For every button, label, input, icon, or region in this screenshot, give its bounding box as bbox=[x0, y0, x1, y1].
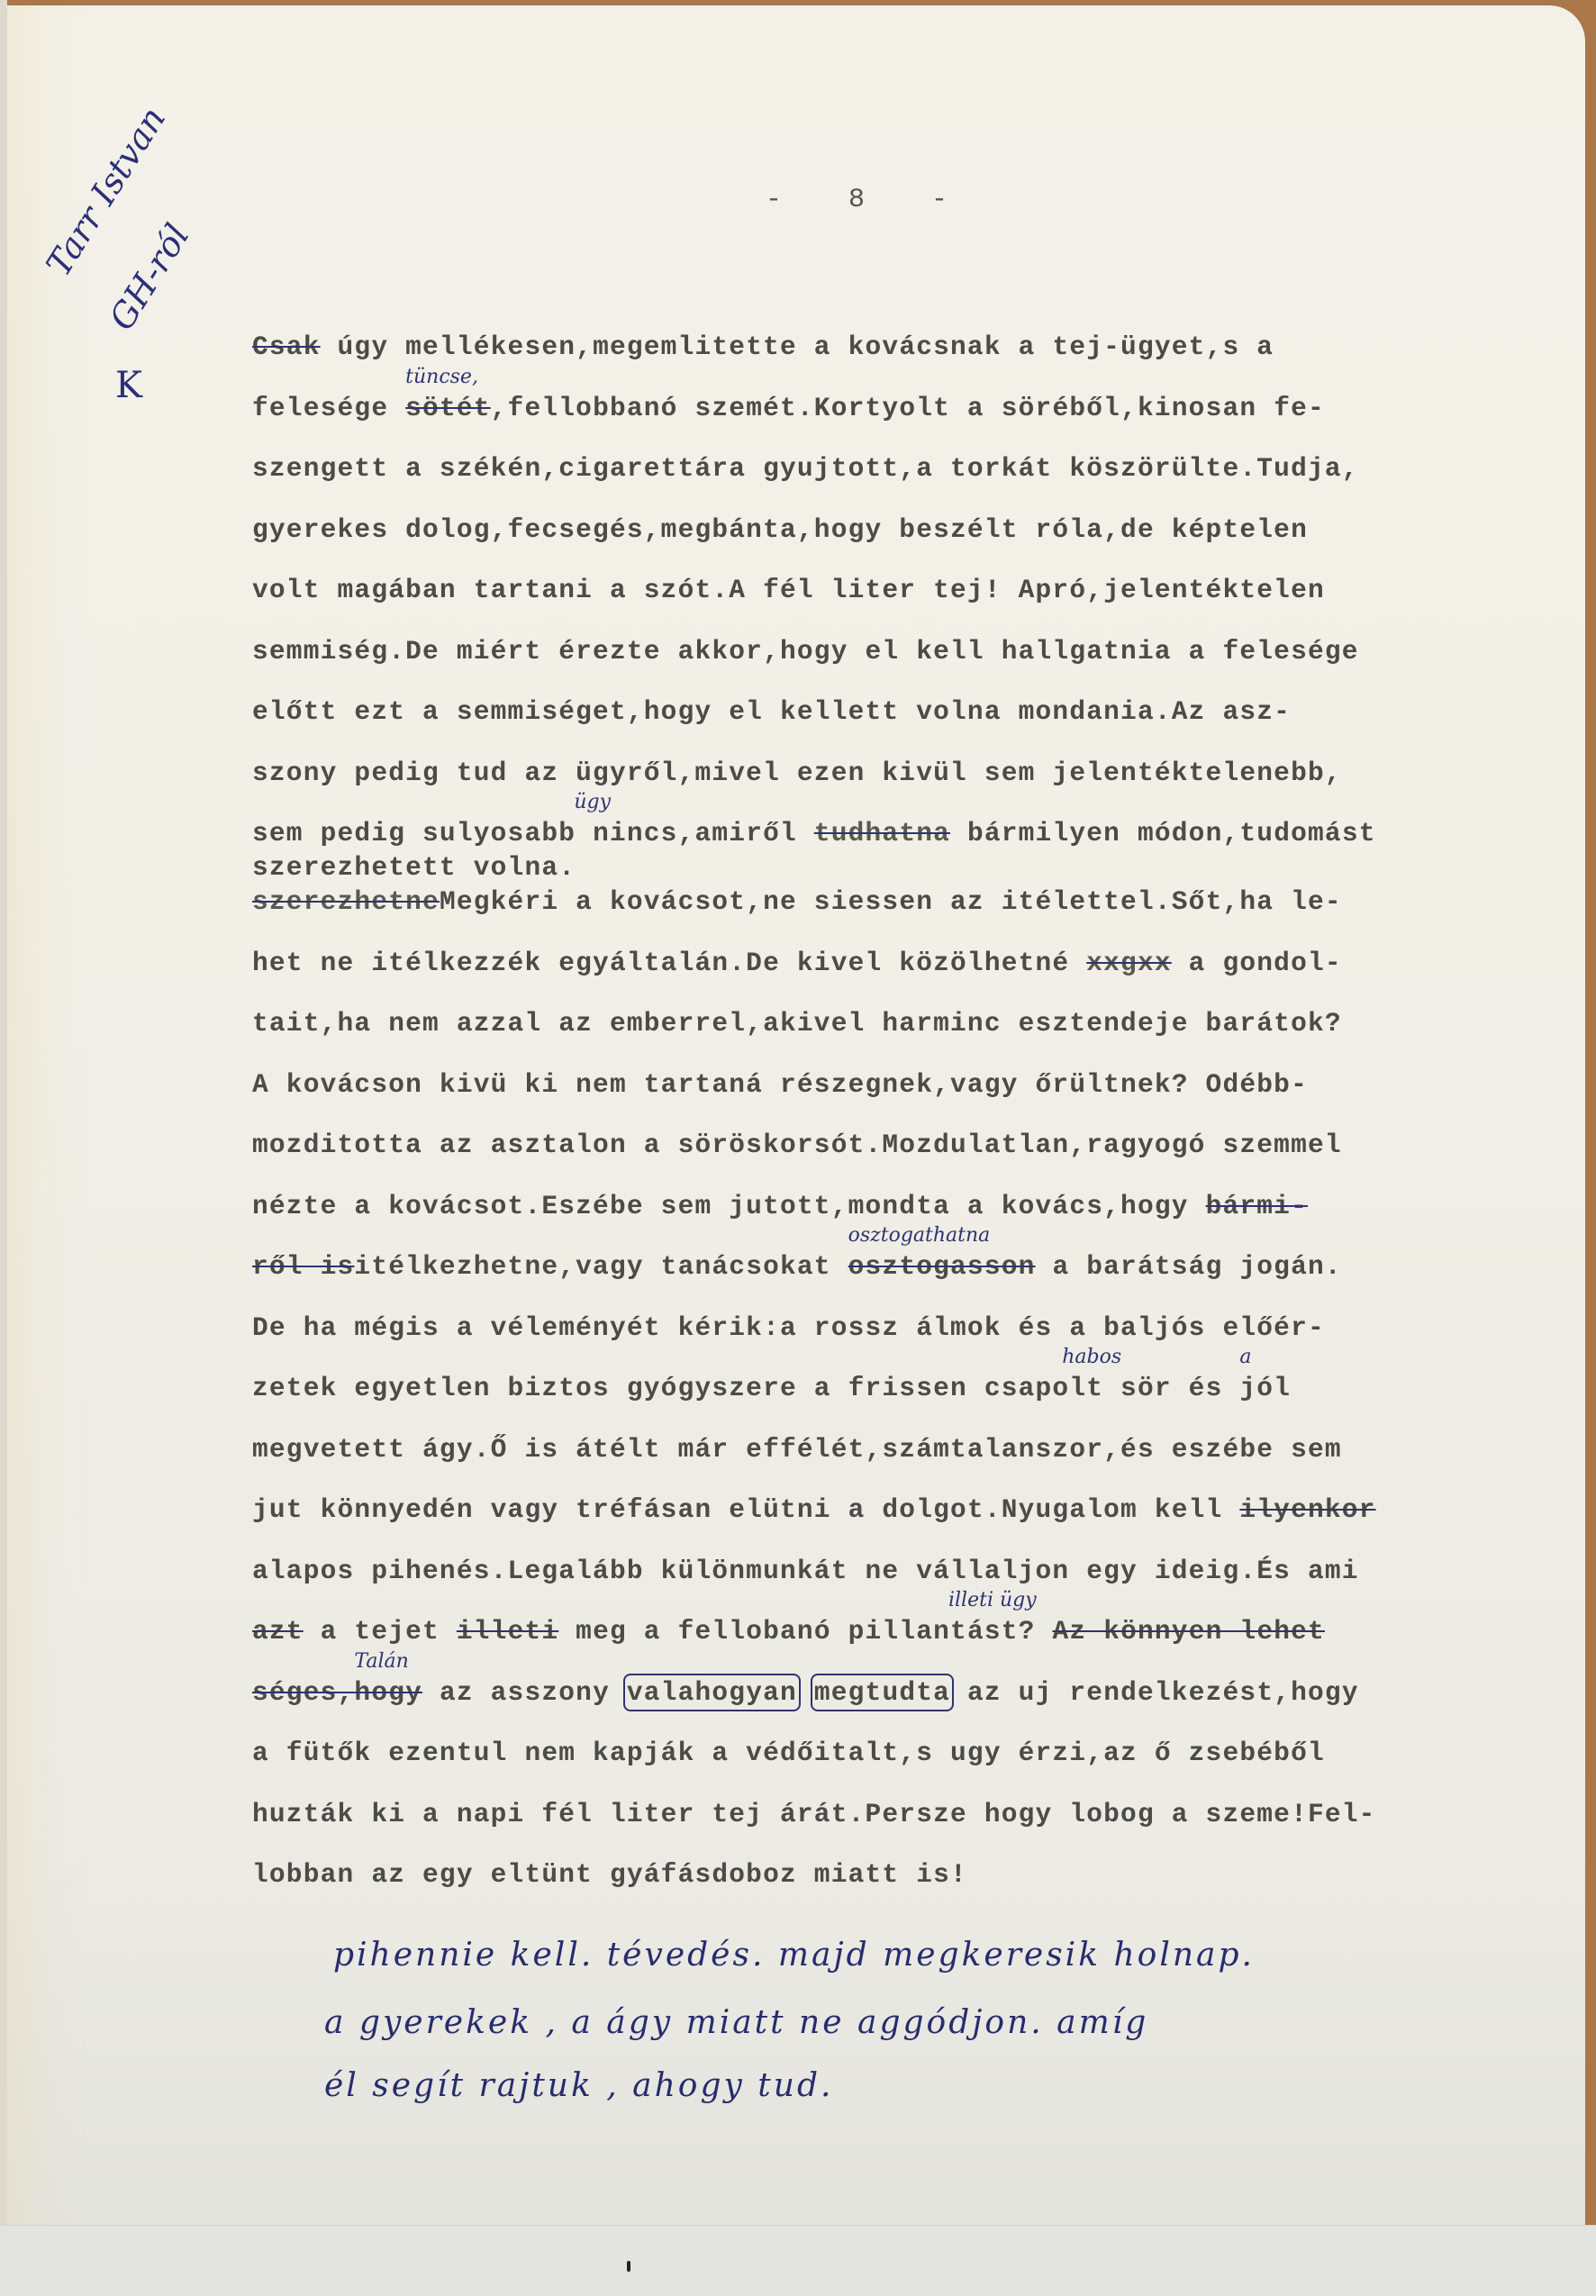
text-line: De ha mégis a véleményét kérik:a rossz á… bbox=[252, 1312, 1531, 1374]
text-segment: az asszony bbox=[422, 1677, 627, 1708]
text-line: megvetett ágy.Ő is átélt már effélét,szá… bbox=[252, 1434, 1531, 1495]
text-segment: megvetett ágy.Ő is átélt már effélét,szá… bbox=[252, 1434, 1342, 1465]
edited-word: illeti bbox=[457, 1616, 558, 1647]
text-line: jut könnyedén vagy tréfásan elütni a dol… bbox=[252, 1494, 1531, 1556]
edited-word: bármi- bbox=[1206, 1191, 1308, 1221]
text-segment: szony pedig tud az ügyről,mivel ezen kiv… bbox=[252, 758, 1342, 788]
text-segment: nézte a kovácsot.Eszébe sem jutott,mondt… bbox=[252, 1191, 1206, 1221]
text-line: a fütők ezentul nem kapják a védőitalt,s… bbox=[252, 1738, 1531, 1799]
text-line: azt a tejet illeti meg a fellobanó pilla… bbox=[252, 1616, 1531, 1677]
text-line: semmiség.De miért érezte akkor,hogy el k… bbox=[252, 636, 1531, 697]
handwritten-insertion: habos bbox=[1062, 1346, 1121, 1368]
text-segment: gyerekes dolog,fecsegés,megbánta,hogy be… bbox=[252, 514, 1308, 545]
handwritten-note-line: a gyerekek , a ágy miatt ne aggódjon. am… bbox=[324, 2004, 1495, 2041]
handwritten-note-line: él segít rajtuk , ahogy tud. bbox=[324, 2067, 1495, 2104]
underlying-sheet bbox=[0, 2225, 1596, 2296]
text-segment: ? bbox=[1019, 1616, 1053, 1647]
text-segment: A kovácson kivü ki nem tartaná részegnek… bbox=[252, 1069, 1308, 1100]
text-line: szengett a székén,cigarettára gyujtott,a… bbox=[252, 453, 1531, 514]
text-line: sem pedig sulyosabb ügynincs,amiről tudh… bbox=[252, 818, 1531, 852]
text-line: előtt ezt a semmiséget,hogy el kellett v… bbox=[252, 696, 1531, 758]
text-segment: felesége bbox=[252, 393, 405, 423]
edited-word: szerezhetne bbox=[252, 886, 440, 917]
text-segment: lobban az egy eltünt gyáfásdoboz miatt i… bbox=[252, 1859, 967, 1890]
text-segment: a tejet bbox=[304, 1616, 457, 1647]
text-segment: jóla bbox=[1239, 1373, 1291, 1403]
text-line: séges,hogyTalán az asszony valahogyan me… bbox=[252, 1677, 1531, 1738]
text-segment: meg a fellobanó pillantástilleti ügy bbox=[558, 1616, 1018, 1647]
text-line: mozditotta az asztalon a söröskorsót.Moz… bbox=[252, 1130, 1531, 1191]
text-line: ről isitélkezhetne,vagy tanácsokat oszto… bbox=[252, 1251, 1531, 1312]
text-segment: mozditotta az asztalon a söröskorsót.Moz… bbox=[252, 1130, 1342, 1160]
text-segment: huzták ki a napi fél liter tej árát.Pers… bbox=[252, 1799, 1376, 1829]
text-segment bbox=[797, 1677, 814, 1708]
edited-word: séges, bbox=[252, 1677, 354, 1708]
text-segment: ,fellobbanó szemét.Kortyolt a söréből,ki… bbox=[491, 393, 1325, 423]
edited-word: valahogyan bbox=[627, 1677, 797, 1708]
text-segment: volt magában tartani a szót.A fél liter … bbox=[252, 575, 1325, 605]
edited-word: hogyTalán bbox=[354, 1677, 422, 1708]
text-line: alapos pihenés.Legalább különmunkát ne v… bbox=[252, 1556, 1531, 1617]
text-segment: szengett a székén,cigarettára gyujtott,a… bbox=[252, 453, 1359, 484]
handwritten-insertion: illeti ügy bbox=[948, 1589, 1037, 1611]
text-line: tait,ha nem azzal az emberrel,akivel har… bbox=[252, 1008, 1531, 1069]
text-segment: a fütők ezentul nem kapják a védőitalt,s… bbox=[252, 1738, 1325, 1768]
text-line: huzták ki a napi fél liter tej árát.Pers… bbox=[252, 1799, 1531, 1860]
edited-word: Csak bbox=[252, 331, 321, 362]
edited-word: Az könnyen lehet bbox=[1052, 1616, 1324, 1647]
edited-word: ilyenkor bbox=[1239, 1494, 1375, 1525]
text-segment: Megkéri a kovácsot,ne siessen az itélett… bbox=[440, 886, 1342, 917]
text-line: lobban az egy eltünt gyáfásdoboz miatt i… bbox=[252, 1859, 1531, 1920]
text-segment: a gondol- bbox=[1172, 948, 1342, 978]
edited-word: osztogassonosztogathatna bbox=[848, 1251, 1036, 1282]
edited-word: azt bbox=[252, 1616, 304, 1647]
text-line: volt magában tartani a szót.A fél liter … bbox=[252, 575, 1531, 636]
text-segment: jut könnyedén vagy tréfásan elütni a dol… bbox=[252, 1494, 1239, 1525]
text-segment: het ne itélkezzék egyáltalán.De kivel kö… bbox=[252, 948, 1086, 978]
text-segment: az uj rendelkezést,hogy bbox=[950, 1677, 1359, 1708]
text-line: A kovácson kivü ki nem tartaná részegnek… bbox=[252, 1069, 1531, 1130]
handwritten-insertion: osztogathatna bbox=[848, 1224, 991, 1247]
text-segment: itélkezhetne,vagy tanácsokat bbox=[354, 1251, 848, 1282]
text-segment: tait,ha nem azzal az emberrel,akivel har… bbox=[252, 1008, 1342, 1039]
page-number: - 8 - bbox=[766, 185, 973, 215]
text-line: szerezhetneMegkéri a kovácsot,ne siessen… bbox=[252, 886, 1531, 948]
text-segment: zetek egyetlen biztos gyógyszere a friss… bbox=[252, 1373, 1103, 1403]
edited-word: sötéttüncse, bbox=[405, 393, 491, 423]
margin-note-mark: K bbox=[115, 365, 142, 406]
handwritten-insertion: tüncse, bbox=[405, 366, 478, 388]
handwritten-insertion: a bbox=[1239, 1346, 1251, 1368]
text-segment: nincs,amiről bbox=[593, 818, 814, 849]
page-edge bbox=[0, 0, 7, 2296]
text-line: felesége sötéttüncse,,fellobbanó szemét.… bbox=[252, 393, 1531, 454]
ink-mark bbox=[627, 2261, 630, 2272]
text-line: szony pedig tud az ügyről,mivel ezen kiv… bbox=[252, 758, 1531, 819]
text-line: gyerekes dolog,fecsegés,megbánta,hogy be… bbox=[252, 514, 1531, 576]
handwritten-insertion: ügy bbox=[574, 791, 611, 813]
edited-word: megtudta bbox=[814, 1677, 950, 1708]
text-segment: semmiség.De miért érezte akkor,hogy el k… bbox=[252, 636, 1359, 667]
text-segment: szerezhetett volna. bbox=[252, 852, 576, 883]
text-line: het ne itélkezzék egyáltalán.De kivel kö… bbox=[252, 948, 1531, 1009]
text-segment: bármilyen módon,tudomást bbox=[950, 818, 1376, 849]
handwritten-note-line: pihennie kell. tévedés. majd megkeresik … bbox=[333, 1937, 1504, 1974]
edited-word: ről is bbox=[252, 1251, 354, 1282]
text-segment: előtt ezt a semmiséget,hogy el kellett v… bbox=[252, 696, 1291, 727]
typewritten-body: Csak úgy mellékesen,megemlitette a kovác… bbox=[252, 331, 1531, 1920]
text-segment: úgy mellékesen,megemlitette a kovácsnak … bbox=[321, 331, 1274, 362]
text-line: zetek egyetlen biztos gyógyszere a friss… bbox=[252, 1373, 1531, 1434]
text-segment: De ha mégis a véleményét kérik:a rossz á… bbox=[252, 1312, 1325, 1343]
text-segment: alapos pihenés.Legalább különmunkát ne v… bbox=[252, 1556, 1359, 1586]
text-segment: sör és bbox=[1103, 1373, 1239, 1403]
text-segment: sem pedig sulyosabb ügy bbox=[252, 818, 593, 849]
edited-word: xxgxx bbox=[1086, 948, 1172, 978]
handwritten-insertion: Talán bbox=[354, 1650, 408, 1673]
text-segment: a barátság jogán. bbox=[1036, 1251, 1342, 1282]
edited-word: tudhatna bbox=[814, 818, 950, 849]
text-line: szerezhetett volna. bbox=[252, 852, 1531, 886]
